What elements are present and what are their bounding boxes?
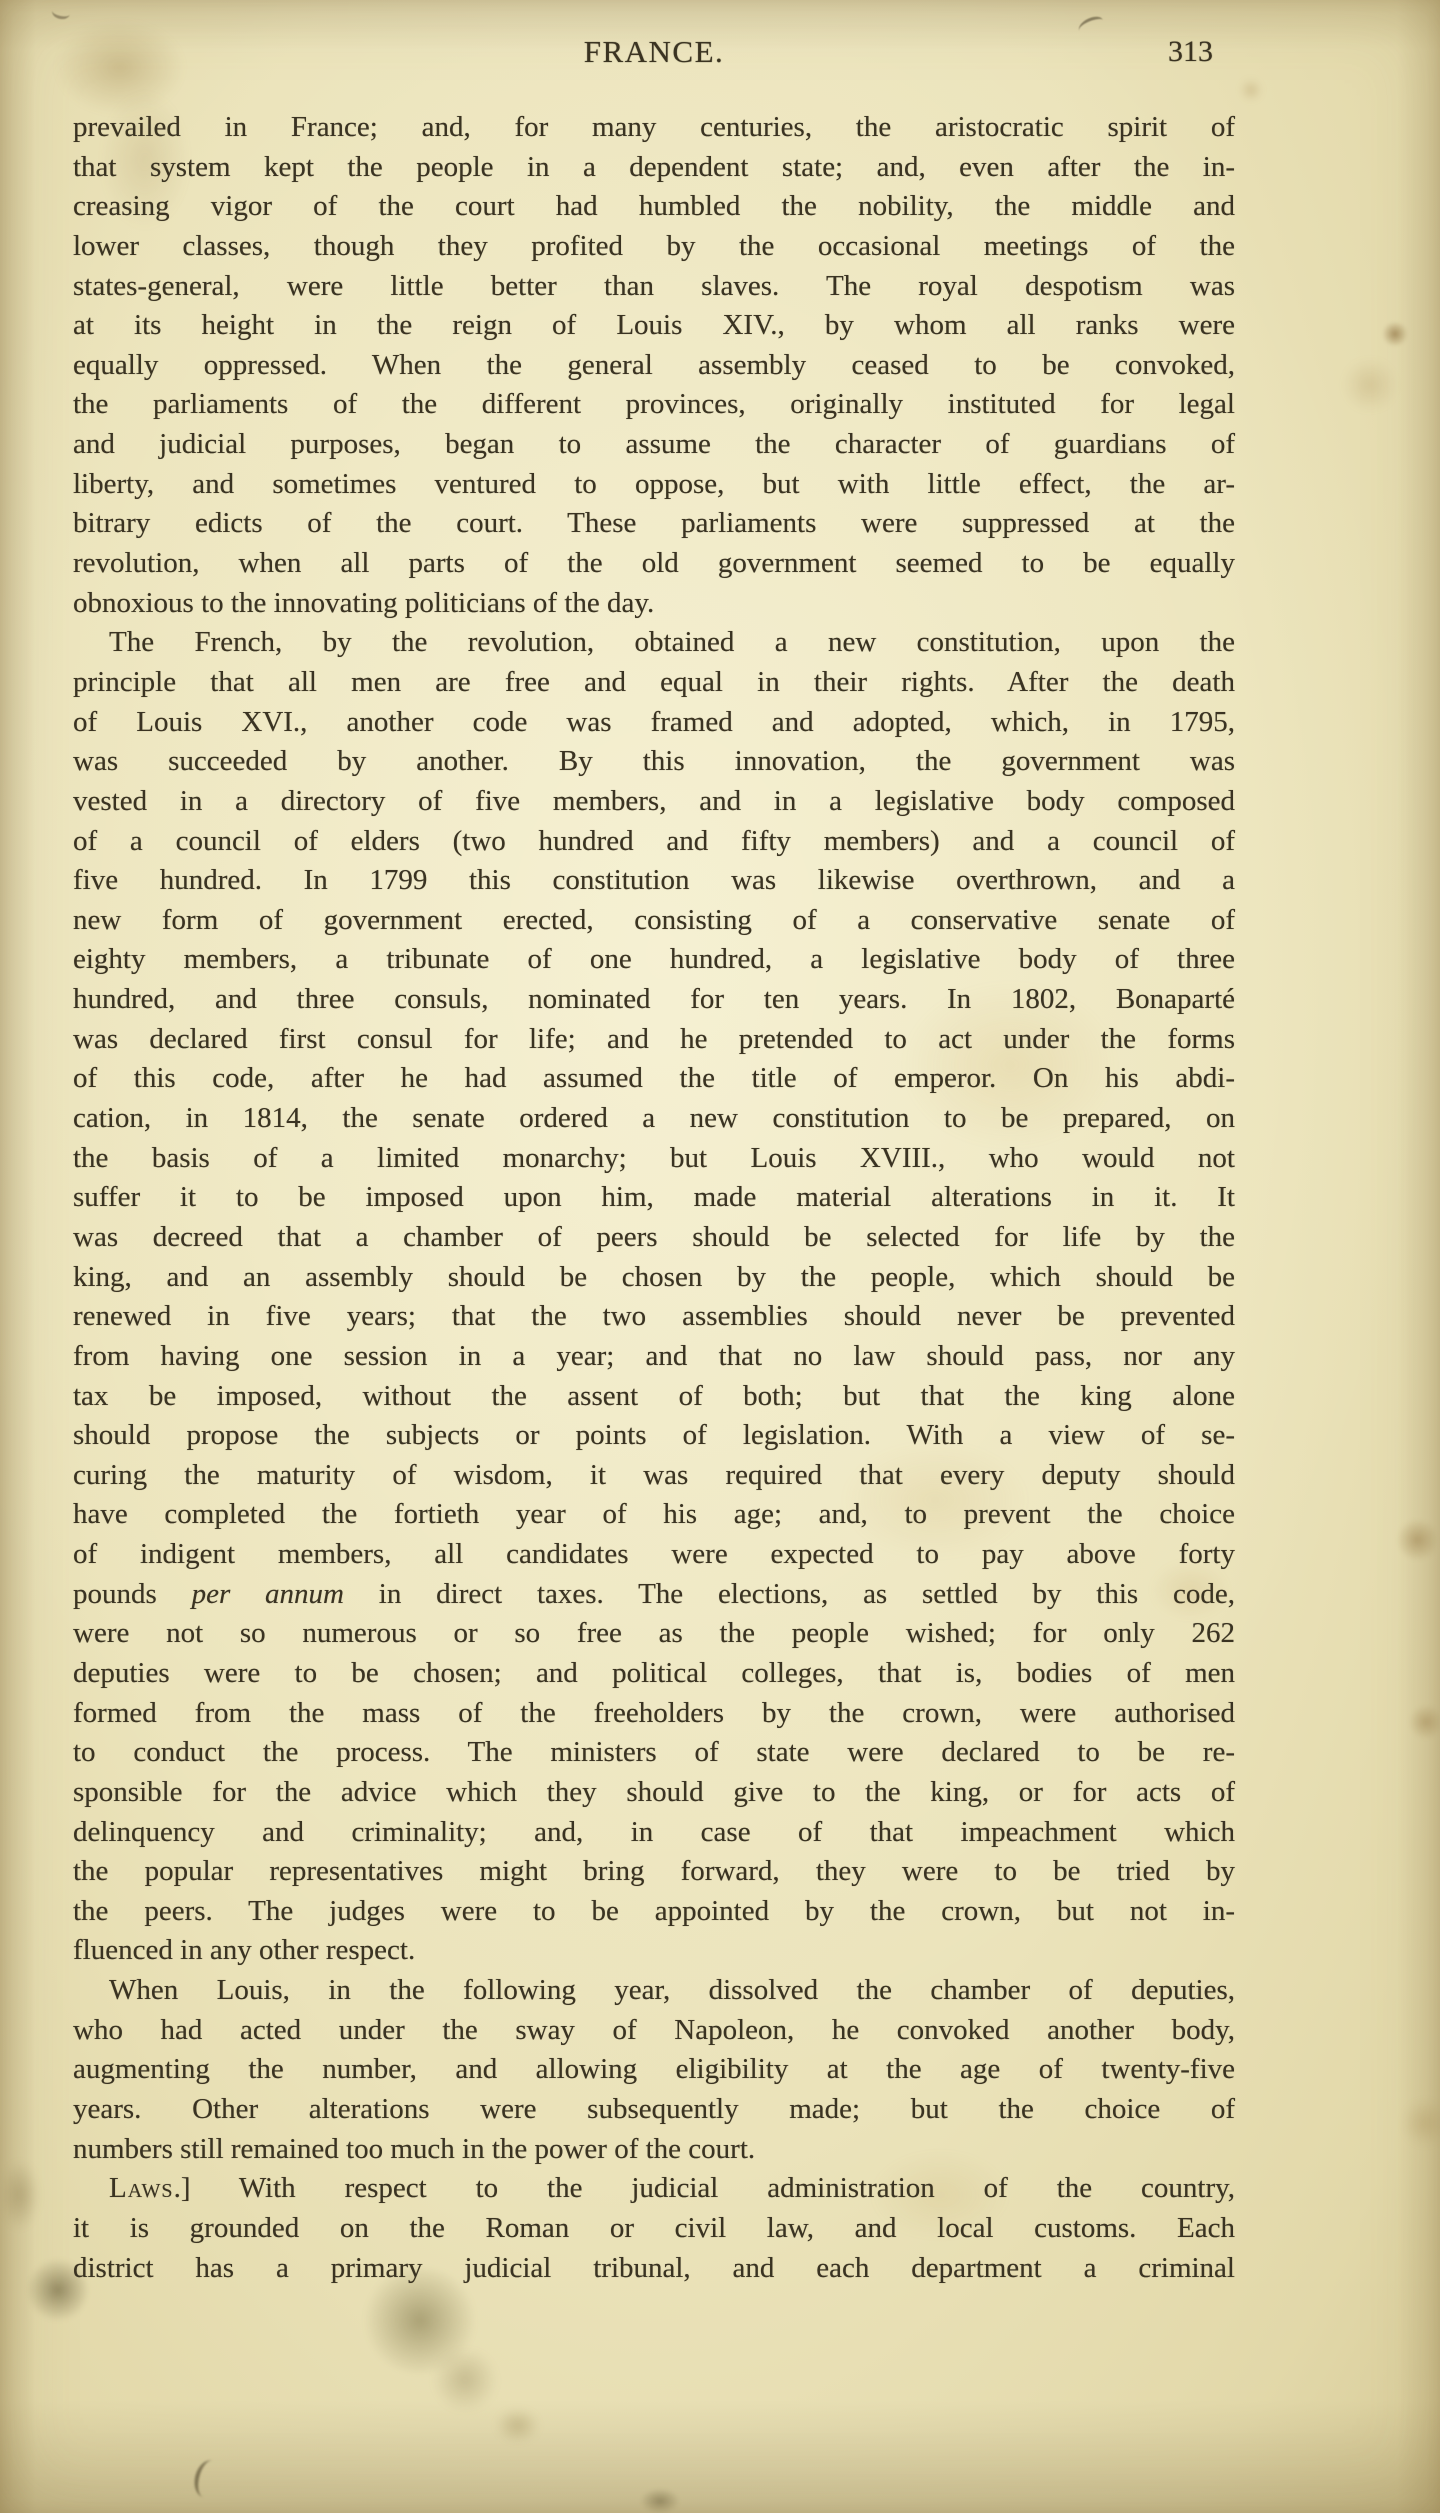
ink-squiggle <box>191 2457 225 2500</box>
text-line: obnoxious to the innovating politicians … <box>73 584 1235 624</box>
stain <box>1400 2100 1440 2146</box>
text-line: bitrary edicts of the court. These parli… <box>73 504 1235 544</box>
text-line: the basis of a limited monarchy; but Lou… <box>73 1139 1235 1179</box>
paragraph: When Louis, in the following year, disso… <box>73 1971 1235 2169</box>
text-line: creasing vigor of the court had humbled … <box>73 187 1235 227</box>
text-line: When Louis, in the following year, disso… <box>73 1971 1235 2011</box>
text-line: it is grounded on the Roman or civil law… <box>73 2209 1235 2249</box>
text-line: fluenced in any other respect. <box>73 1931 1235 1971</box>
text-line: five hundred. In 1799 this constitution … <box>73 861 1235 901</box>
text-line: of a council of elders (two hundred and … <box>73 822 1235 862</box>
stain <box>495 2408 540 2443</box>
page-body: prevailed in France; and, for many centu… <box>73 108 1235 2288</box>
text-line: numbers still remained too much in the p… <box>73 2130 1235 2170</box>
text-line: augmenting the number, and allowing elig… <box>73 2050 1235 2090</box>
text-line: the popular representatives might bring … <box>73 1852 1235 1892</box>
text-line: was decreed that a chamber of peers shou… <box>73 1218 1235 1258</box>
stain <box>430 2350 500 2410</box>
text-line: the peers. The judges were to be appoint… <box>73 1892 1235 1932</box>
text-line: delinquency and criminality; and, in cas… <box>73 1813 1235 1853</box>
text-line: of Louis XVI., another code was framed a… <box>73 703 1235 743</box>
paragraph: The French, by the revolution, obtained … <box>73 623 1235 1971</box>
text-line: should propose the subjects or points of… <box>73 1416 1235 1456</box>
text-line: king, and an assembly should be chosen b… <box>73 1258 1235 1298</box>
text-line: new form of government erected, consisti… <box>73 901 1235 941</box>
stain <box>1395 1520 1440 1560</box>
text-line: to conduct the process. The ministers of… <box>73 1733 1235 1773</box>
text-line: pounds per annum in direct taxes. The el… <box>73 1575 1235 1615</box>
book-page-scan: FRANCE. 313 prevailed in France; and, fo… <box>0 0 1440 2513</box>
text-line: sponsible for the advice which they shou… <box>73 1773 1235 1813</box>
paragraph: prevailed in France; and, for many centu… <box>73 108 1235 623</box>
text-line: district has a primary judicial tribunal… <box>73 2249 1235 2289</box>
paragraph: Laws.] With respect to the judicial admi… <box>73 2169 1235 2288</box>
text-line: of indigent members, all candidates were… <box>73 1535 1235 1575</box>
text-line: liberty, and sometimes ventured to oppos… <box>73 465 1235 505</box>
text-line: and judicial purposes, began to assume t… <box>73 425 1235 465</box>
text-line: lower classes, though they profited by t… <box>73 227 1235 267</box>
text-line: the parliaments of the different provinc… <box>73 385 1235 425</box>
text-line: formed from the mass of the freeholders … <box>73 1694 1235 1734</box>
text-line: cation, in 1814, the senate ordered a ne… <box>73 1099 1235 1139</box>
text-line: suffer it to be imposed upon him, made m… <box>73 1178 1235 1218</box>
text-line: hundred, and three consuls, nominated fo… <box>73 980 1235 1020</box>
text-line: Laws.] With respect to the judicial admi… <box>73 2169 1235 2209</box>
text-line: from having one session in a year; and t… <box>73 1337 1235 1377</box>
text-line: who had acted under the sway of Napoleon… <box>73 2011 1235 2051</box>
text-line: states-general, were little better than … <box>73 267 1235 307</box>
text-line: renewed in five years; that the two asse… <box>73 1297 1235 1337</box>
text-line: revolution, when all parts of the old go… <box>73 544 1235 584</box>
text-line: that system kept the people in a depende… <box>73 148 1235 188</box>
text-line: curing the maturity of wisdom, it was re… <box>73 1456 1235 1496</box>
stain <box>1240 80 1262 100</box>
text-line: was succeeded by another. By this innova… <box>73 742 1235 782</box>
stain <box>1382 322 1408 346</box>
running-title: FRANCE. <box>73 34 1235 70</box>
text-line: deputies were to be chosen; and politica… <box>73 1654 1235 1694</box>
text-line: years. Other alterations were subsequent… <box>73 2090 1235 2130</box>
stain <box>0 2160 40 2230</box>
text-line: tax be imposed, without the assent of bo… <box>73 1377 1235 1417</box>
styled-text: Laws <box>109 2172 174 2204</box>
page-number: 313 <box>1168 35 1213 69</box>
page-header: FRANCE. 313 <box>73 34 1235 82</box>
text-line: equally oppressed. When the general asse… <box>73 346 1235 386</box>
text-line: principle that all men are free and equa… <box>73 663 1235 703</box>
text-line: vested in a directory of five members, a… <box>73 782 1235 822</box>
text-line: was declared first consul for life; and … <box>73 1020 1235 1060</box>
text-line: of this code, after he had assumed the t… <box>73 1059 1235 1099</box>
text-line: prevailed in France; and, for many centu… <box>73 108 1235 148</box>
text-line: eighty members, a tribunate of one hundr… <box>73 940 1235 980</box>
stain <box>1340 360 1400 410</box>
styled-text: per annum <box>192 1578 344 1610</box>
text-line: The French, by the revolution, obtained … <box>73 623 1235 663</box>
stain <box>640 2488 680 2513</box>
text-line: were not so numerous or so free as the p… <box>73 1614 1235 1654</box>
stain <box>1408 1705 1440 1739</box>
text-line: have completed the fortieth year of his … <box>73 1495 1235 1535</box>
pencil-mark <box>51 4 71 20</box>
text-line: at its height in the reign of Louis XIV.… <box>73 306 1235 346</box>
